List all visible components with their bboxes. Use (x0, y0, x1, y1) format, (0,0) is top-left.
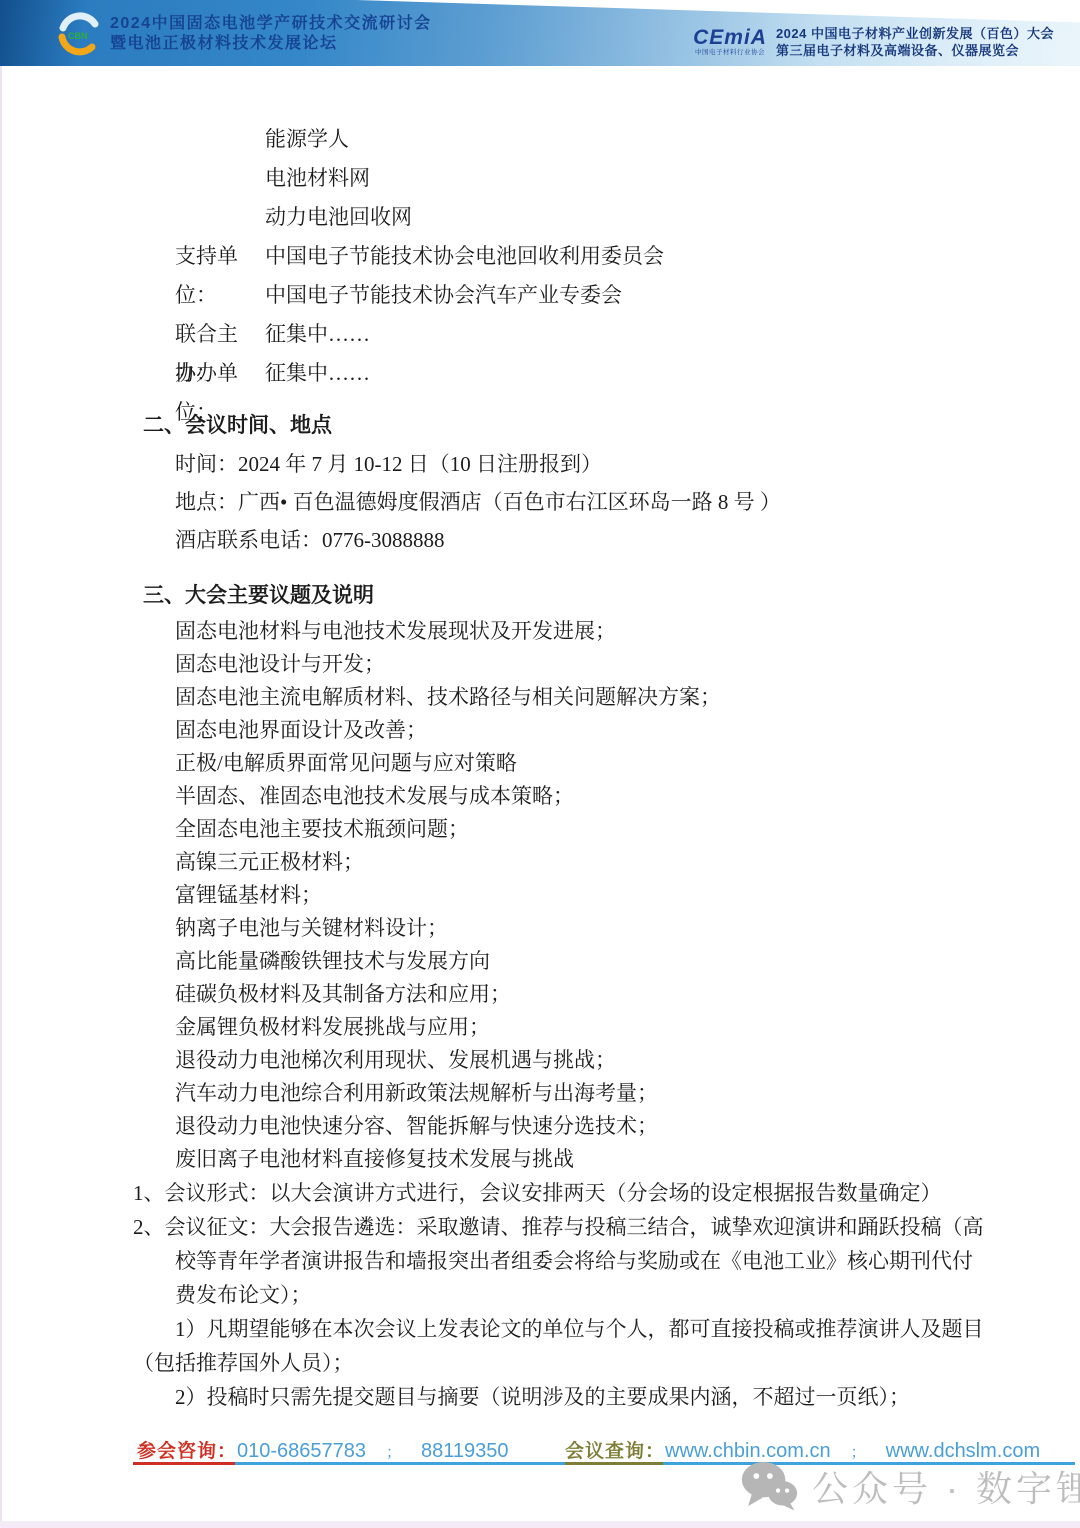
topic-line: 固态电池界面设计及改善； (175, 714, 1013, 747)
org-name: 动力电池回收网 (265, 205, 412, 229)
topic-line: 半固态、准固态电池技术发展与成本策略； (175, 780, 1013, 813)
header-right-title-line2: 第三届电子材料及高端设备、仪器展览会 (776, 42, 1054, 59)
header-left-title-line1: 2024中国固态电池学产研技术交流研讨会 (110, 14, 432, 34)
header-right-title-line1: 2024 中国电子材料产业创新发展（百色）大会 (776, 25, 1054, 42)
section3-numbered-list: 1、会议形式：以大会演讲方式进行，会议安排两天（分会场的设定根据报告数量确定） … (133, 1176, 1013, 1414)
topic-line: 钠离子电池与关键材料设计； (175, 912, 1013, 945)
org-row: 支持单位： 中国电子节能技术协会电池回收利用委员会 (175, 237, 1013, 276)
cemia-logo: CEmiA 中国电子材料行业协会 (693, 28, 767, 56)
numbered-line: 1）凡期望能够在本次会议上发表论文的单位与个人，都可直接投稿或推荐演讲人及题目 (175, 1312, 1013, 1346)
numbered-line: 费发布论文）； (175, 1278, 1013, 1312)
topic-line: 金属锂负极材料发展挑战与应用； (175, 1011, 1013, 1044)
header-left-title-line2: 暨电池正极材料技术发展论坛 (110, 34, 432, 54)
header-right: CEmiA 中国电子材料行业协会 2024 中国电子材料产业创新发展（百色）大会… (693, 25, 1054, 59)
topic-line: 全固态电池主要技术瓶颈问题； (175, 813, 1013, 846)
topic-line: 固态电池主流电解质材料、技术路径与相关问题解决方案； (175, 681, 1013, 714)
org-row-value: 中国电子节能技术协会电池回收利用委员会 (265, 237, 664, 276)
cemia-logo-word: CEmiA (693, 28, 767, 47)
section2-lines: 时间：2024 年 7 月 10-12 日（10 日注册报到） 地点：广西• 百… (133, 445, 1013, 559)
org-name-line: 能源学人 (265, 120, 1013, 159)
document-body: 能源学人 电池材料网 动力电池回收网 支持单位： 中国电子节能技术协会电池回收利… (133, 120, 1013, 1414)
page-left-edge (0, 66, 2, 1528)
topic-line: 正极/电解质界面常见问题与应对策略 (175, 747, 1013, 780)
numbered-line: 校等青年学者演讲报告和墙报突出者组委会将给与奖励或在《电池工业》核心期刊代付 (175, 1244, 1013, 1278)
consult-phone-1: 010-68657783 (237, 1440, 366, 1463)
section2-line: 地点：广西• 百色温德姆度假酒店（百色市右江区环岛一路 8 号 ） (175, 483, 1013, 521)
section3-heading: 三、大会主要议题及说明 (143, 576, 1013, 615)
topic-line: 退役动力电池快速分容、智能拆解与快速分选技术； (175, 1110, 1013, 1143)
org-row: 中国电子节能技术协会汽车产业专委会 (175, 276, 1013, 315)
consult-label: 参会咨询： (137, 1436, 237, 1463)
org-name-line: 电池材料网 (265, 159, 1013, 198)
section2-heading: 二、会议时间、地点 (143, 406, 1013, 445)
topic-line: 退役动力电池梯次利用现状、发展机遇与挑战； (175, 1044, 1013, 1077)
topic-line: 固态电池设计与开发； (175, 648, 1013, 681)
org-continuation-list: 能源学人 电池材料网 动力电池回收网 (133, 120, 1013, 237)
org-row: 联合主办： 征集中…… (175, 315, 1013, 354)
query-label: 会议查询： (565, 1436, 665, 1463)
numbered-line: 2、会议征文：大会报告遴选：采取邀请、推荐与投稿三结合，诚挚欢迎演讲和踊跃投稿（… (133, 1210, 1013, 1244)
numbered-line: （包括推荐国外人员）； (133, 1346, 1013, 1380)
header-left: CBN 2024中国固态电池学产研技术交流研讨会 暨电池正极材料技术发展论坛 (56, 12, 432, 56)
cemia-logo-subtext: 中国电子材料行业协会 (693, 47, 767, 56)
numbered-line: 2）投稿时只需先提交题目与摘要（说明涉及的主要成果内涵，不超过一页纸）； (175, 1380, 1013, 1414)
org-name-line: 动力电池回收网 (265, 198, 1013, 237)
footer-query-group: 会议查询： www.chbin.com.cn ； www.dchslm.com (565, 1436, 1040, 1463)
conference-logo-letters: CBN (68, 31, 88, 41)
org-row-label (175, 276, 265, 315)
consult-phone-2: 88119350 (421, 1440, 509, 1463)
topic-line: 废旧离子电池材料直接修复技术发展与挑战 (175, 1143, 1013, 1176)
topic-line: 高镍三元正极材料； (175, 846, 1013, 879)
topic-line: 高比能量磷酸铁锂技术与发展方向 (175, 945, 1013, 978)
topic-line: 固态电池材料与电池技术发展现状及开发进展； (175, 615, 1013, 648)
org-name: 能源学人 (265, 127, 349, 151)
org-row: 协办单位： 征集中…… (175, 354, 1013, 393)
topic-line: 汽车动力电池综合利用新政策法规解析与出海考量； (175, 1077, 1013, 1110)
wechat-icon (740, 1460, 798, 1512)
page-bottom-strip (0, 1521, 1080, 1528)
consult-separator: ； (386, 1441, 401, 1462)
topic-line: 硅碳负极材料及其制备方法和应用； (175, 978, 1013, 1011)
org-row-value: 征集中…… (265, 315, 370, 354)
watermark-text: 公众号 · 数字锂电 (812, 1461, 1080, 1512)
section2-line: 时间：2024 年 7 月 10-12 日（10 日注册报到） (175, 445, 1013, 483)
org-row-value: 中国电子节能技术协会汽车产业专委会 (265, 276, 622, 315)
section3-topic-list: 固态电池材料与电池技术发展现状及开发进展； 固态电池设计与开发； 固态电池主流电… (133, 615, 1013, 1176)
org-row-label: 联合主办： (175, 315, 265, 354)
conference-logo-icon: CBN (56, 12, 100, 56)
wechat-watermark: 公众号 · 数字锂电 (740, 1460, 1080, 1512)
numbered-line: 1、会议形式：以大会演讲方式进行，会议安排两天（分会场的设定根据报告数量确定） (133, 1176, 1013, 1210)
org-row-label: 协办单位： (175, 354, 265, 393)
section2-line: 酒店联系电话：0776-3088888 (175, 521, 1013, 559)
org-name: 电池材料网 (265, 166, 370, 190)
org-row-label: 支持单位： (175, 237, 265, 276)
query-separator: ； (851, 1441, 866, 1462)
org-row-value: 征集中…… (265, 354, 370, 393)
topic-line: 富锂锰基材料； (175, 879, 1013, 912)
footer-consult-group: 参会咨询： 010-68657783 ； 88119350 (137, 1436, 509, 1463)
org-rows: 支持单位： 中国电子节能技术协会电池回收利用委员会 中国电子节能技术协会汽车产业… (133, 237, 1013, 393)
